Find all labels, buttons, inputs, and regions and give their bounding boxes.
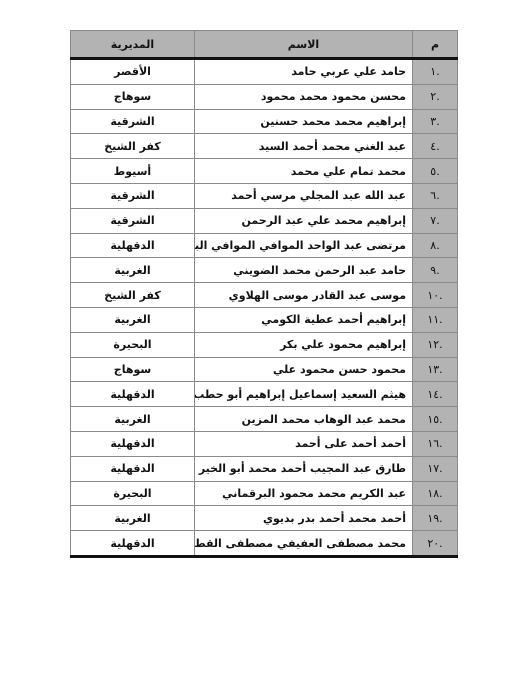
row-district: الدقهلية [71, 382, 195, 407]
header-row: م الاسم المديرية [71, 31, 458, 59]
row-number: .١٨ [413, 481, 458, 506]
row-name: عبد الكريم محمد محمود البرقماني [195, 481, 413, 506]
row-number: .١٣ [413, 357, 458, 382]
row-name: حامد علي عربي حامد [195, 59, 413, 85]
row-number: .١٢ [413, 332, 458, 357]
row-number: .١٦ [413, 431, 458, 456]
row-district: كفر الشيخ [71, 283, 195, 308]
table-row: .٧إبراهيم محمد علي عبد الرحمنالشرقية [71, 208, 458, 233]
row-district: الشرقية [71, 208, 195, 233]
table-header: م الاسم المديرية [71, 31, 458, 59]
row-district: أسيوط [71, 159, 195, 184]
table-row: .١حامد علي عربي حامدالأقصر [71, 59, 458, 85]
row-name: محسن محمود محمد محمود [195, 84, 413, 109]
table-row: .١٩أحمد محمد أحمد بدر بديويالغربية [71, 506, 458, 531]
table-row: .٤عبد الغني محمد أحمد السيدكفر الشيخ [71, 134, 458, 159]
table-row: .٨مرتضى عبد الواحد الموافي الموافي البغد… [71, 233, 458, 258]
table-row: .٩حامد عبد الرحمن محمد الضوينيالغربية [71, 258, 458, 283]
row-district: الغربية [71, 307, 195, 332]
table-row: .١٨عبد الكريم محمد محمود البرقمانيالبحير… [71, 481, 458, 506]
row-district: سوهاج [71, 84, 195, 109]
row-district: الدقهلية [71, 233, 195, 258]
table-row: .٢محسن محمود محمد محمودسوهاج [71, 84, 458, 109]
document-page: م الاسم المديرية .١حامد علي عربي حامدالأ… [0, 0, 526, 681]
row-number: .١٩ [413, 506, 458, 531]
row-district: الشرقية [71, 109, 195, 134]
row-name: إبراهيم محمود علي بكر [195, 332, 413, 357]
row-district: الغربية [71, 258, 195, 283]
row-name: محمود حسن محمود علي [195, 357, 413, 382]
row-name: هيثم السعيد إسماعيل إبراهيم أبو حطب [195, 382, 413, 407]
row-name: إبراهيم محمد علي عبد الرحمن [195, 208, 413, 233]
row-name: عبد الغني محمد أحمد السيد [195, 134, 413, 159]
row-name: محمد عبد الوهاب محمد المزين [195, 407, 413, 432]
row-name: طارق عبد المجيب أحمد محمد أبو الخير [195, 456, 413, 481]
row-number: .١٥ [413, 407, 458, 432]
row-number: .١١ [413, 307, 458, 332]
table-row: .٦عبد الله عبد المجلي مرسي أحمدالشرقية [71, 183, 458, 208]
row-number: .١٧ [413, 456, 458, 481]
row-name: إبراهيم أحمد عطية الكومي [195, 307, 413, 332]
row-district: البحيرة [71, 481, 195, 506]
row-number: .٤ [413, 134, 458, 159]
row-number: .٢٠ [413, 531, 458, 557]
row-number: .٩ [413, 258, 458, 283]
table-row: .٥محمد تمام علي محمدأسيوط [71, 159, 458, 184]
row-number: .٨ [413, 233, 458, 258]
row-number: .٦ [413, 183, 458, 208]
table-row: .١٤هيثم السعيد إسماعيل إبراهيم أبو حطبال… [71, 382, 458, 407]
row-district: الأقصر [71, 59, 195, 85]
table-row: .١٥محمد عبد الوهاب محمد المزينالغربية [71, 407, 458, 432]
row-number: .٥ [413, 159, 458, 184]
row-name: محمد مصطفى العفيفي مصطفى القط [195, 531, 413, 557]
row-district: الغربية [71, 407, 195, 432]
row-district: الدقهلية [71, 531, 195, 557]
table-row: .١١إبراهيم أحمد عطية الكوميالغربية [71, 307, 458, 332]
roster-table: م الاسم المديرية .١حامد علي عربي حامدالأ… [70, 30, 458, 558]
row-name: موسى عبد القادر موسى الهلاوي [195, 283, 413, 308]
table-row: .١٠موسى عبد القادر موسى الهلاويكفر الشيخ [71, 283, 458, 308]
row-number: .٧ [413, 208, 458, 233]
header-name: الاسم [195, 31, 413, 59]
row-district: البحيرة [71, 332, 195, 357]
row-district: الدقهلية [71, 456, 195, 481]
row-name: محمد تمام علي محمد [195, 159, 413, 184]
row-number: .١٠ [413, 283, 458, 308]
header-district: المديرية [71, 31, 195, 59]
row-number: .٢ [413, 84, 458, 109]
row-name: أحمد أحمد على أحمد [195, 431, 413, 456]
table-row: .٣إبراهيم محمد محمد حسنينالشرقية [71, 109, 458, 134]
row-district: الدقهلية [71, 431, 195, 456]
row-name: إبراهيم محمد محمد حسنين [195, 109, 413, 134]
row-name: مرتضى عبد الواحد الموافي الموافي البغداد… [195, 233, 413, 258]
row-number: .٣ [413, 109, 458, 134]
table-row: .١٣محمود حسن محمود عليسوهاج [71, 357, 458, 382]
row-number: .١ [413, 59, 458, 85]
table-row: .١٢إبراهيم محمود علي بكرالبحيرة [71, 332, 458, 357]
row-district: الشرقية [71, 183, 195, 208]
row-district: كفر الشيخ [71, 134, 195, 159]
table-row: .١٦أحمد أحمد على أحمدالدقهلية [71, 431, 458, 456]
table-body: .١حامد علي عربي حامدالأقصر .٢محسن محمود … [71, 59, 458, 557]
row-district: الغربية [71, 506, 195, 531]
row-name: أحمد محمد أحمد بدر بديوي [195, 506, 413, 531]
row-name: عبد الله عبد المجلي مرسي أحمد [195, 183, 413, 208]
row-district: سوهاج [71, 357, 195, 382]
table-row: .٢٠محمد مصطفى العفيفي مصطفى القطالدقهلية [71, 531, 458, 557]
row-name: حامد عبد الرحمن محمد الضويني [195, 258, 413, 283]
header-number: م [413, 31, 458, 59]
row-number: .١٤ [413, 382, 458, 407]
table-row: .١٧طارق عبد المجيب أحمد محمد أبو الخيرال… [71, 456, 458, 481]
